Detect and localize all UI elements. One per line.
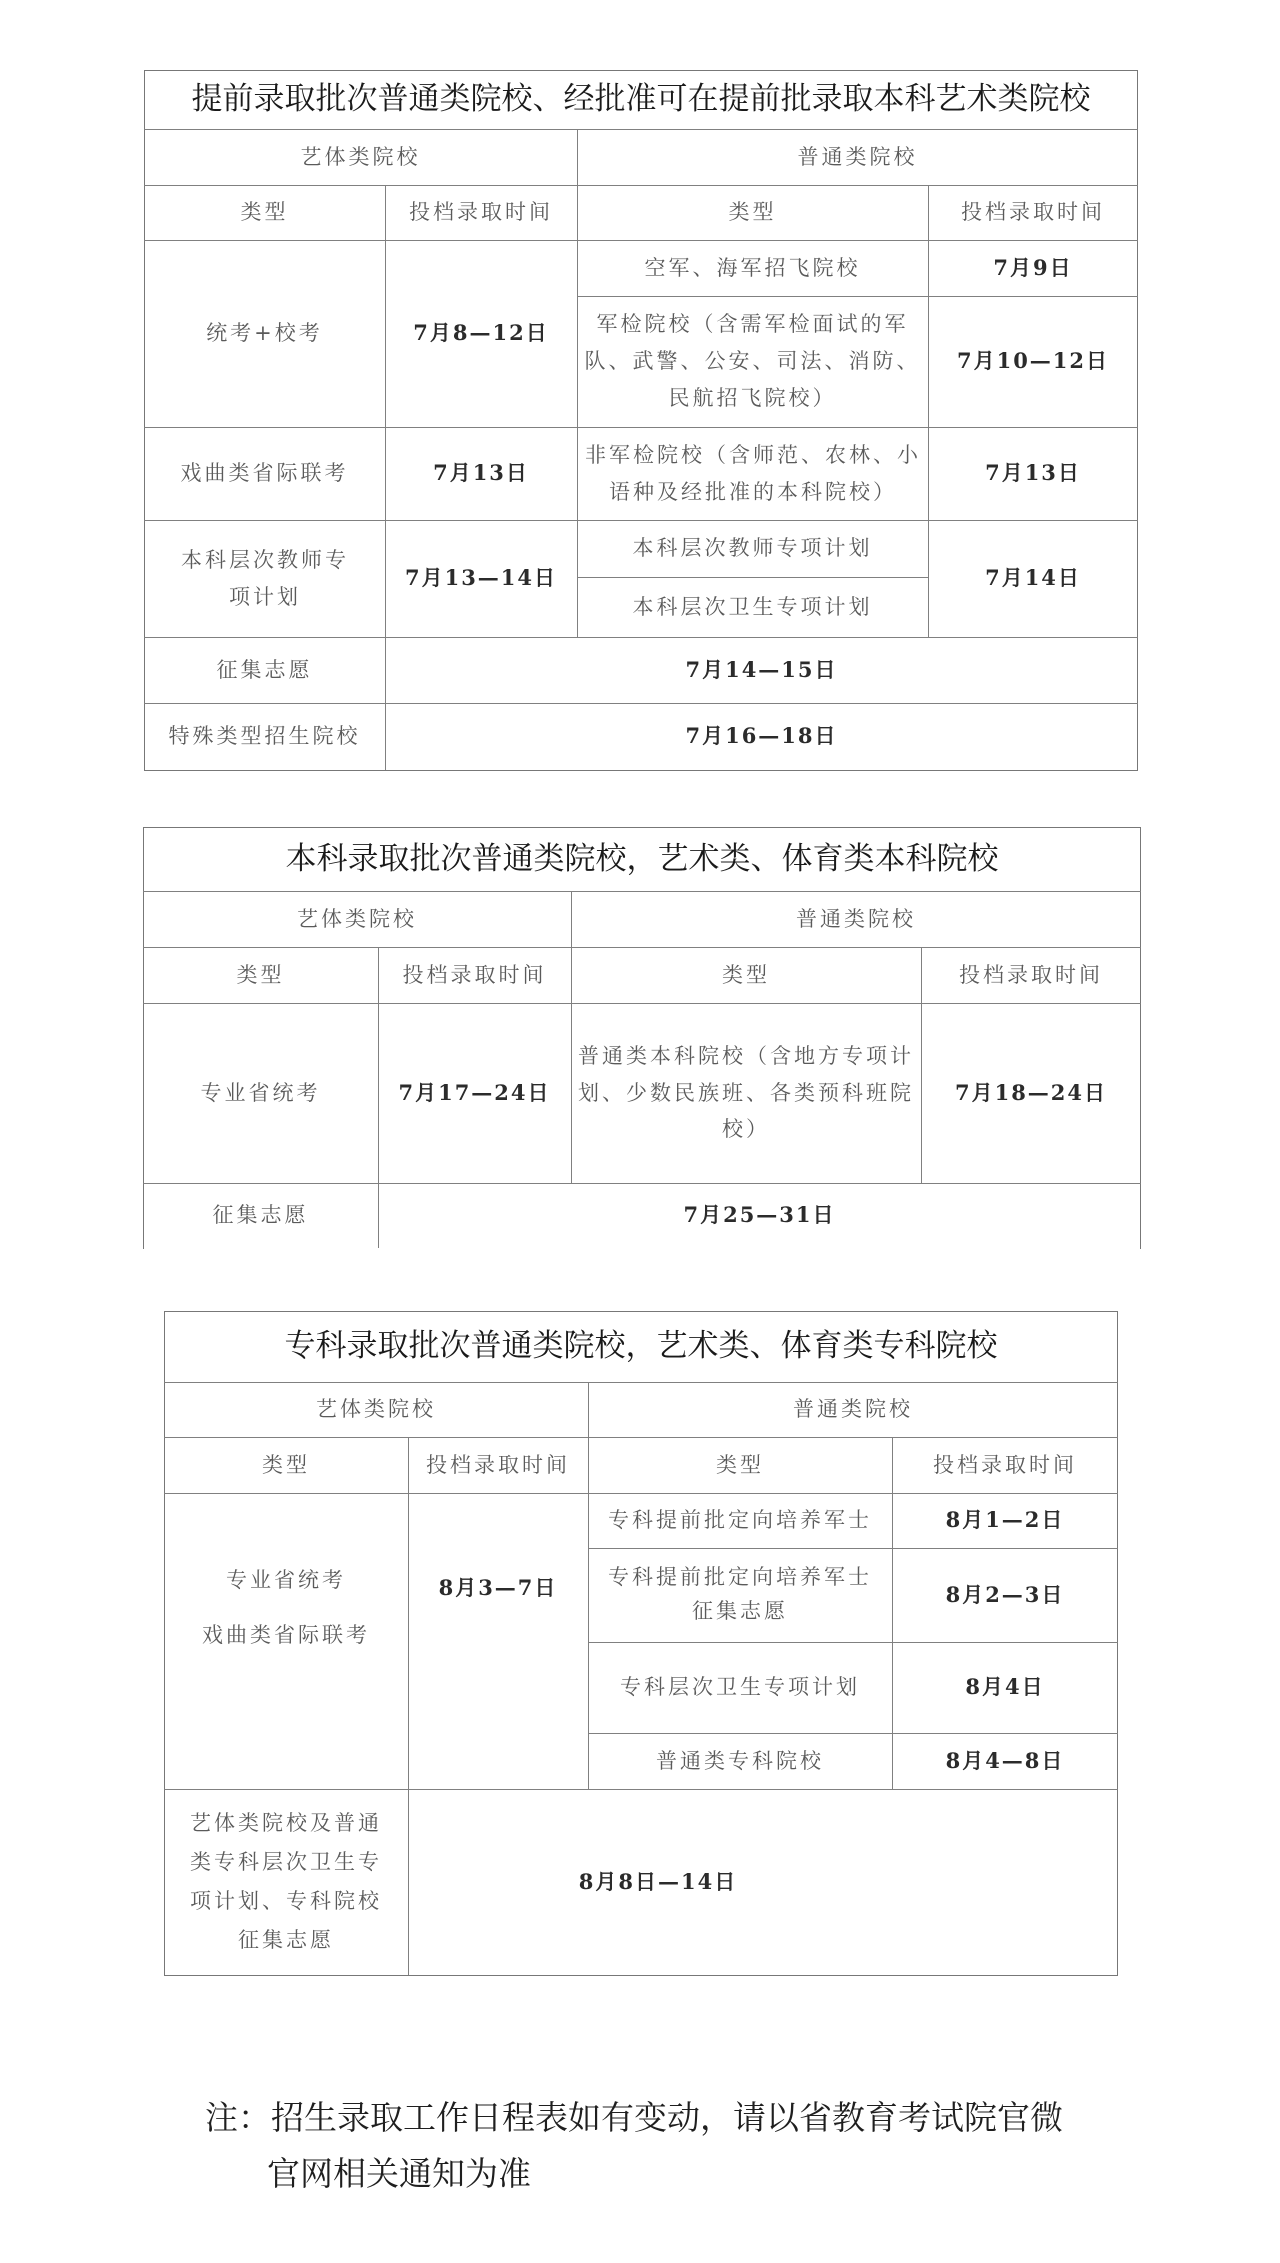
span-row-label: 艺体类院校及普通类专科层次卫生专项计划、专科院校征集志愿 <box>180 1789 392 1975</box>
general-time-cell: 8月1—2日 <box>892 1493 1118 1548</box>
span-row-label: 征集志愿 <box>144 637 385 703</box>
general-type-cell: 本科层次卫生专项计划 <box>577 577 928 637</box>
art-time-cell: 7月13—14日 <box>385 520 577 637</box>
general-time-cell: 8月2—3日 <box>892 1548 1118 1642</box>
column-header-time: 投档录取时间 <box>928 185 1138 240</box>
span-row-time: 7月16—18日 <box>385 703 1138 770</box>
general-type-cell: 军检院校（含需军检面试的军队、武警、公安、司法、消防、民航招飞院校） <box>582 296 923 427</box>
art-type-cell: 专业省统考 <box>143 1003 378 1183</box>
column-header-type: 类型 <box>164 1437 408 1493</box>
column-header-time: 投档录取时间 <box>408 1437 588 1493</box>
column-header-type: 类型 <box>588 1437 892 1493</box>
general-time-cell: 7月10—12日 <box>928 296 1138 427</box>
span-row-label: 特殊类型招生院校 <box>144 703 385 770</box>
column-header-type: 类型 <box>577 185 928 240</box>
span-row-time: 7月14—15日 <box>385 637 1138 703</box>
general-type-cell: 专科提前批定向培养军士 <box>588 1493 892 1548</box>
span-row-label: 征集志愿 <box>143 1183 378 1248</box>
art-type-cell: 专业省统考 戏曲类省际联考 <box>164 1493 408 1723</box>
general-type-cell: 普通类专科院校 <box>588 1733 892 1789</box>
general-type-cell: 普通类本科院校（含地方专项计划、少数民族班、各类预科班院校） <box>578 1003 914 1183</box>
general-type-cell: 专科层次卫生专项计划 <box>588 1642 892 1733</box>
footnote-line-2: 官网相关通知为准 <box>205 2146 1105 2202</box>
table-title: 专科录取批次普通类院校，艺术类、体育类专科院校 <box>164 1311 1118 1382</box>
art-time-cell: 7月13日 <box>385 427 577 520</box>
section-header-art: 艺体类院校 <box>164 1382 588 1437</box>
column-header-type: 类型 <box>144 185 385 240</box>
column-header-type: 类型 <box>143 947 378 1003</box>
section-header-general: 普通类院校 <box>571 891 1141 947</box>
art-type-cell: 戏曲类省际联考 <box>144 427 385 520</box>
footnote: 注：招生录取工作日程表如有变动，请以省教育考试院官微 官网相关通知为准 <box>205 2090 1105 2202</box>
general-type-cell: 本科层次教师专项计划 <box>577 520 928 577</box>
art-time-cell: 7月8—12日 <box>385 240 577 427</box>
art-type-cell: 本科层次教师专项计划 <box>170 520 360 637</box>
general-time-cell: 7月9日 <box>928 240 1138 296</box>
section-header-general: 普通类院校 <box>577 129 1138 185</box>
column-header-time: 投档录取时间 <box>921 947 1141 1003</box>
general-time-cell: 7月13日 <box>928 427 1138 520</box>
section-header-general: 普通类院校 <box>588 1382 1118 1437</box>
column-header-type: 类型 <box>571 947 921 1003</box>
general-time-cell: 8月4—8日 <box>892 1733 1118 1789</box>
table-title: 提前录取批次普通类院校、经批准可在提前批录取本科艺术类院校 <box>144 70 1138 129</box>
column-header-time: 投档录取时间 <box>385 185 577 240</box>
general-type-cell: 空军、海军招飞院校 <box>577 240 928 296</box>
art-time-cell: 8月3—7日 <box>408 1493 588 1683</box>
general-time-cell: 8月4日 <box>892 1642 1118 1733</box>
section-header-art: 艺体类院校 <box>144 129 577 185</box>
section-header-art: 艺体类院校 <box>143 891 571 947</box>
table-title: 本科录取批次普通类院校，艺术类、体育类本科院校 <box>143 827 1141 891</box>
general-time-cell: 7月14日 <box>928 520 1138 637</box>
footnote-line-1: 注：招生录取工作日程表如有变动，请以省教育考试院官微 <box>205 2098 1063 2137</box>
general-type-cell: 非军检院校（含师范、农林、小语种及经批准的本科院校） <box>584 427 922 520</box>
general-type-cell: 专科提前批定向培养军士征集志愿 <box>600 1548 880 1642</box>
column-header-time: 投档录取时间 <box>378 947 571 1003</box>
general-time-cell: 7月18—24日 <box>921 1003 1141 1183</box>
art-time-cell: 7月17—24日 <box>378 1003 571 1183</box>
span-row-time: 7月25—31日 <box>378 1183 1141 1248</box>
art-type-cell: 统考+校考 <box>144 240 385 427</box>
span-row-time: 8月8日—14日 <box>408 1789 908 1975</box>
column-header-time: 投档录取时间 <box>892 1437 1118 1493</box>
